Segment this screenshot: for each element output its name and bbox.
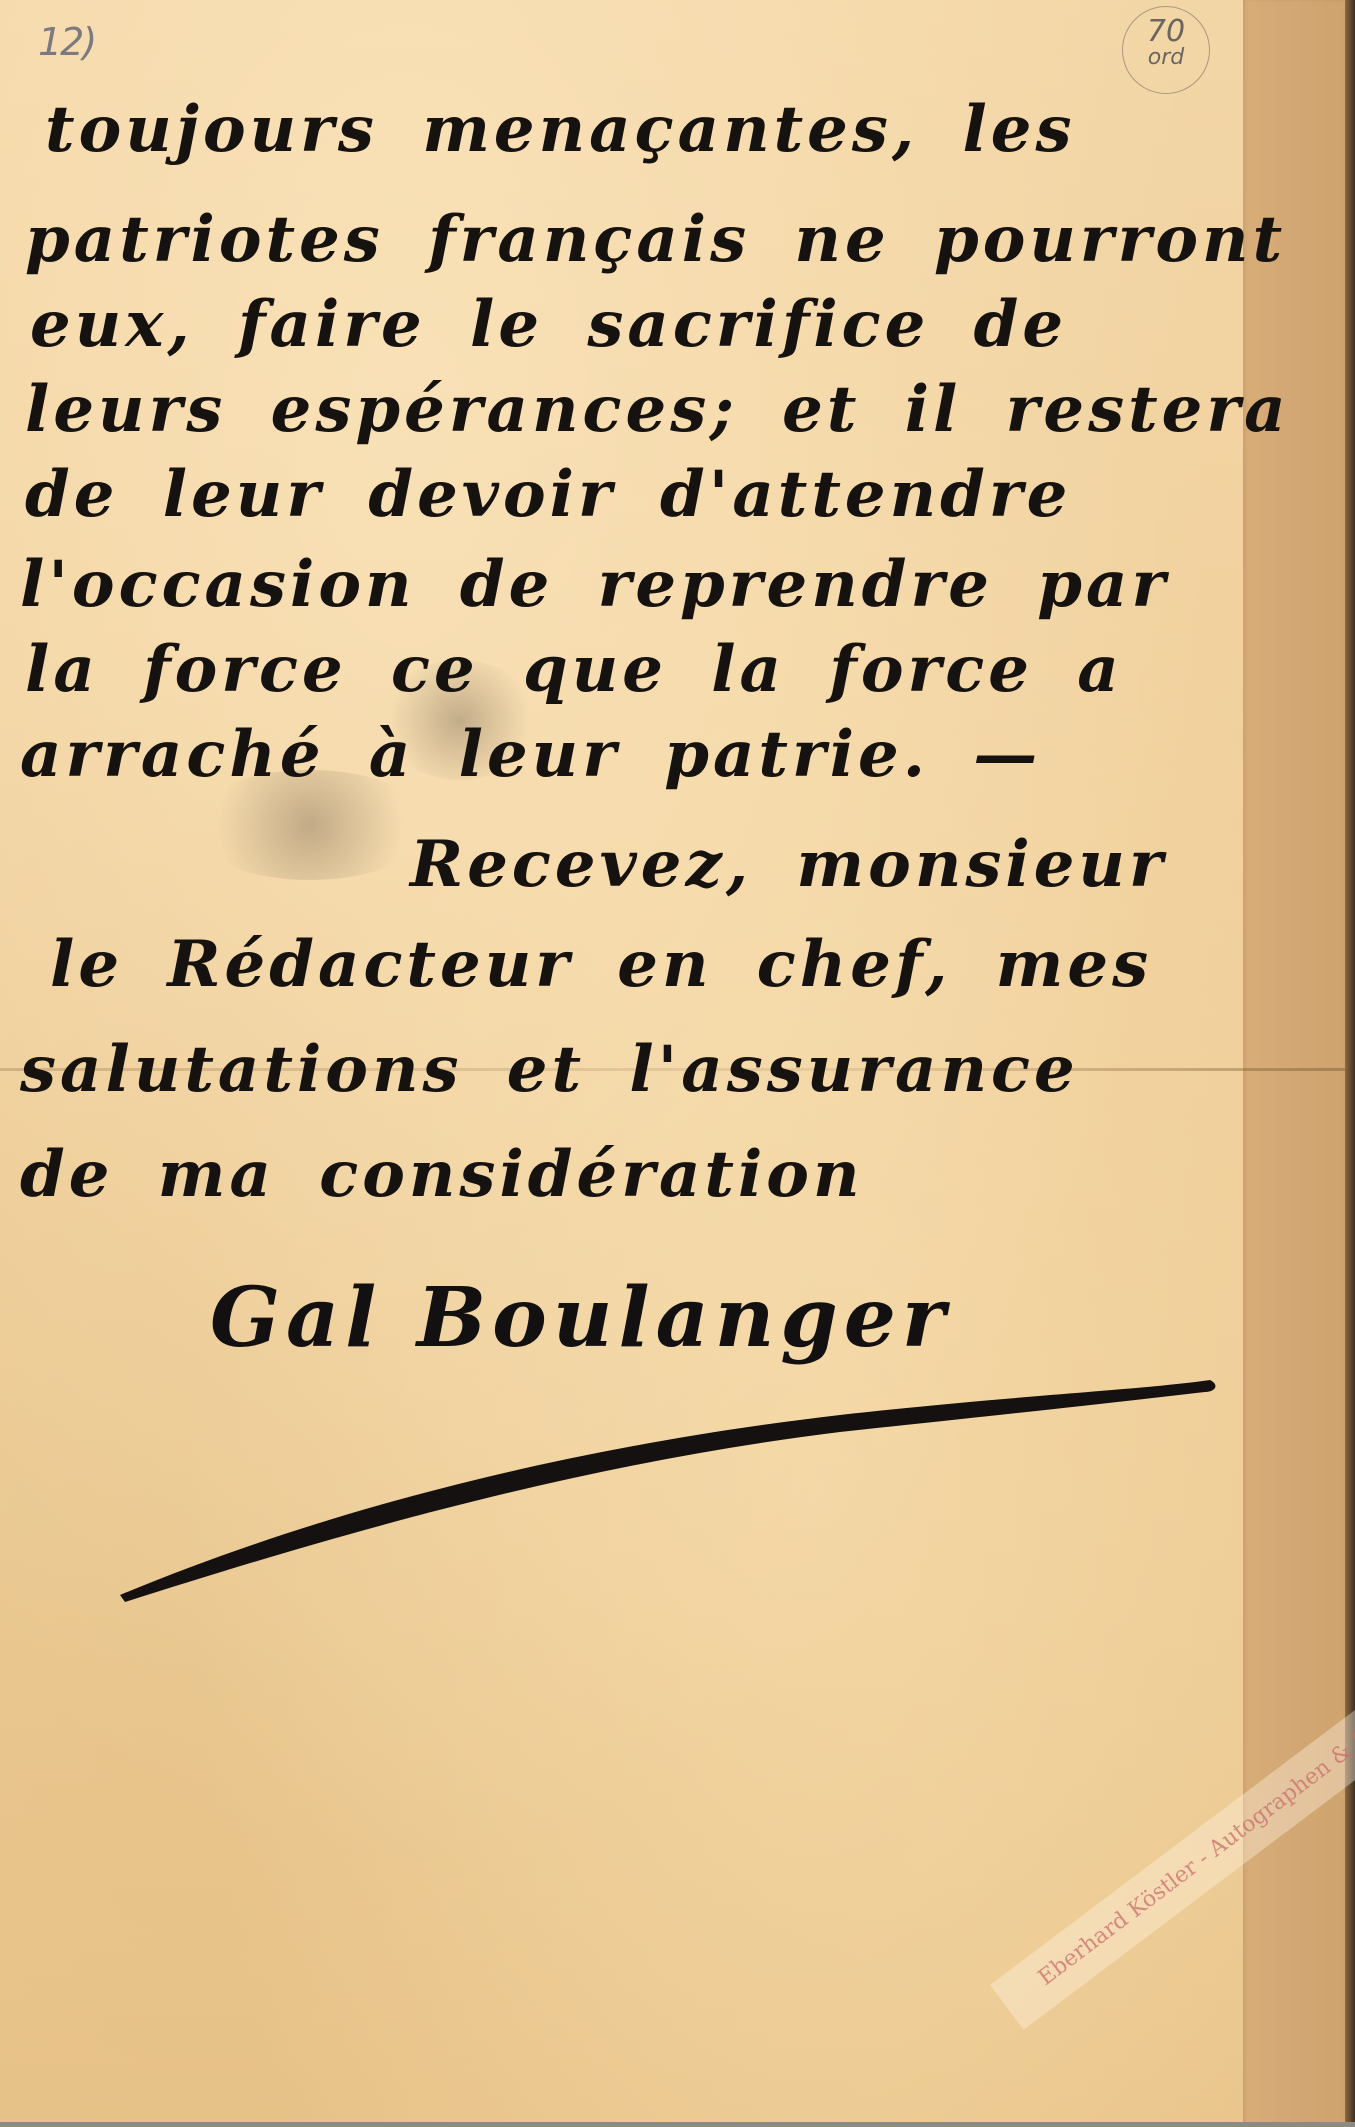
- letter-line: l'occasion de reprendre par: [20, 547, 1169, 622]
- letter-closing: de ma considération: [20, 1137, 864, 1212]
- letter-line: de leur devoir d'attendre: [25, 457, 1071, 532]
- letter-closing: salutations et l'assurance: [20, 1032, 1079, 1107]
- signature-paraph: [120, 1380, 1240, 1610]
- paper-bottom-edge: [0, 2122, 1355, 2127]
- letter-line: leurs espérances; et il restera: [25, 372, 1290, 447]
- inventory-number: 70: [1123, 17, 1209, 47]
- signature: Gal Boulanger: [210, 1270, 951, 1366]
- letter-closing: Recevez, monsieur: [410, 827, 1167, 902]
- paper-edge-shadow: [1345, 0, 1355, 2127]
- letter-line: eux, faire le sacrifice de: [30, 287, 1067, 362]
- letter-line: patriotes français ne pourront: [25, 202, 1286, 277]
- letter-line: la force ce que la force a: [25, 632, 1123, 707]
- letter-line: arraché à leur patrie. —: [20, 717, 1041, 792]
- archive-number: 12): [38, 20, 95, 64]
- letter-closing: le Rédacteur en chef, mes: [50, 927, 1152, 1002]
- letter-line: toujours menaçantes, les: [45, 92, 1076, 167]
- inventory-mark: 70 ord: [1122, 6, 1210, 94]
- inventory-note: ord: [1123, 47, 1209, 69]
